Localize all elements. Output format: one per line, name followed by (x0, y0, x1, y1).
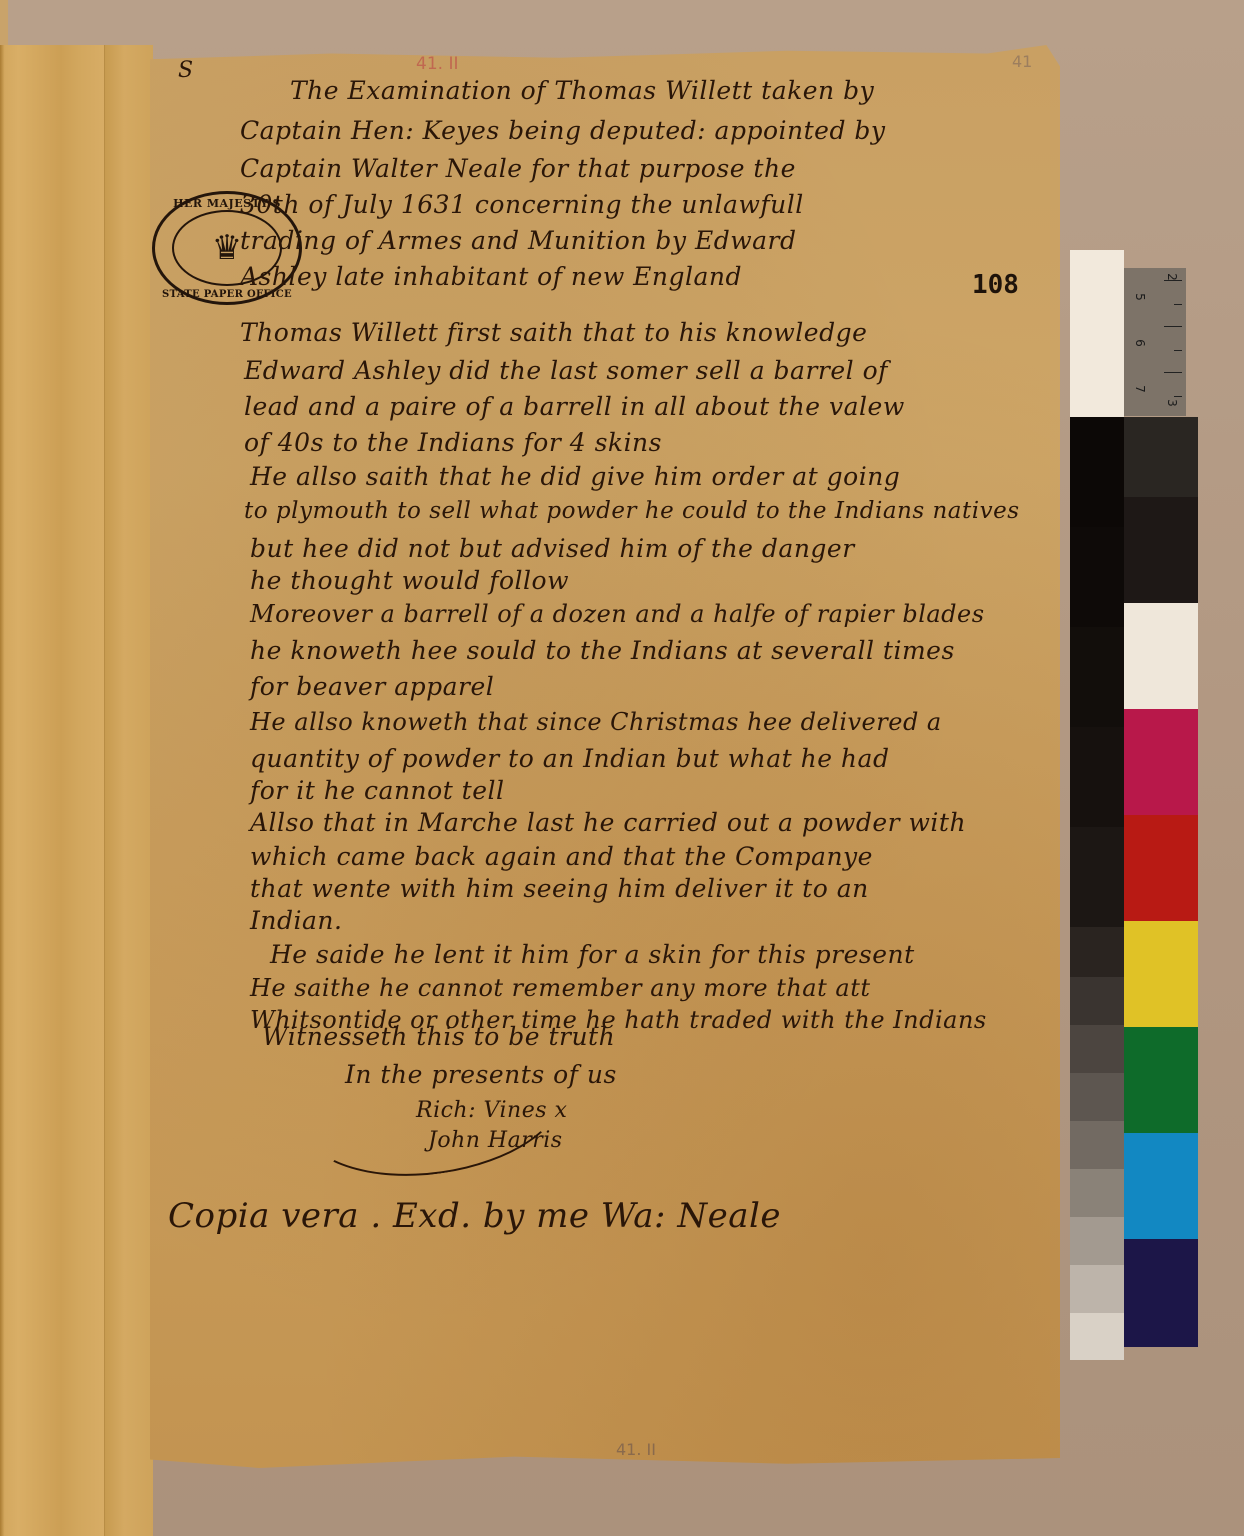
body-line: He allso knoweth that since Christmas he… (250, 708, 942, 736)
gray-step-4 (1070, 727, 1124, 827)
margin-mark: S (178, 58, 194, 83)
gray-step-12 (1070, 1217, 1124, 1265)
body-line: that wente with him seeing him deliver i… (250, 874, 869, 903)
body-line: Moreover a barrell of a dozen and a half… (250, 600, 985, 628)
heading-line: The Examination of Thomas Willett taken … (290, 76, 874, 105)
body-line: he thought would follow (250, 566, 569, 595)
heading-line: Captain Walter Neale for that purpose th… (240, 154, 796, 183)
body-line: which came back again and that the Compa… (250, 842, 873, 871)
heading-line: Captain Hen: Keyes being deputed: appoin… (240, 116, 886, 145)
ruler-label: 7 (1133, 385, 1147, 393)
patch-dark-gray (1124, 417, 1198, 497)
gray-step-10 (1070, 1121, 1124, 1169)
gray-step-11 (1070, 1169, 1124, 1217)
body-line: Thomas Willett first saith that to his k… (240, 318, 867, 347)
body-line: lead and a paire of a barrell in all abo… (244, 392, 905, 421)
patch-cyan (1124, 1133, 1198, 1239)
patch-navy (1124, 1239, 1198, 1347)
body-line: He saithe he cannot remember any more th… (250, 974, 870, 1002)
ruler-label: 6 (1133, 339, 1147, 347)
patch-black (1124, 497, 1198, 603)
gray-step-8 (1070, 1025, 1124, 1073)
gray-step-2 (1070, 527, 1124, 627)
gray-step-5 (1070, 827, 1124, 927)
corner-mark: 41 (1012, 52, 1032, 71)
target-color-column (1124, 250, 1198, 1360)
gray-step-6 (1070, 927, 1124, 977)
pencil-reference-bottom: 41. II (616, 1440, 656, 1459)
gray-step-7 (1070, 977, 1124, 1025)
gray-step-14 (1070, 1313, 1124, 1360)
certification-line: Copia vera . Exd. by me Wa: Neale (168, 1196, 781, 1236)
patch-magenta (1124, 709, 1198, 815)
gray-step-9 (1070, 1073, 1124, 1121)
body-line: quantity of powder to an Indian but what… (250, 744, 889, 773)
patch-green (1124, 1027, 1198, 1133)
pencil-reference-top: 41. II (416, 54, 458, 74)
heading-line: Ashley late inhabitant of new England (240, 262, 742, 291)
ruler-label: 3 (1165, 399, 1179, 407)
body-line: for it he cannot tell (250, 776, 505, 805)
patch-yellow (1124, 921, 1198, 1027)
gray-step-3 (1070, 627, 1124, 727)
body-line: for beaver apparel (250, 672, 494, 701)
gray-step-1 (1070, 417, 1124, 527)
body-line: to plymouth to sell what powder he could… (244, 498, 1020, 524)
crown-icon: ♛ (212, 231, 242, 265)
body-line: He saide he lent it him for a skin for t… (270, 940, 915, 969)
guard-strip-fold (104, 45, 153, 1536)
body-line: but hee did not but advised him of the d… (250, 534, 855, 563)
body-line: Allso that in Marche last he carried out… (250, 808, 966, 837)
measurement-ruler: 2 5 6 7 3 (1124, 268, 1186, 416)
body-line: Indian. (250, 906, 342, 935)
heading-line: trading of Armes and Munition by Edward (240, 226, 796, 255)
gray-step-13 (1070, 1265, 1124, 1313)
body-line: of 40s to the Indians for 4 skins (244, 428, 662, 457)
folio-number: 108 (972, 270, 1019, 300)
heading-line: 30th of July 1631 concerning the unlawfu… (240, 190, 804, 219)
ruler-label: 2 (1165, 273, 1179, 281)
color-calibration-target: 2 5 6 7 3 (1070, 250, 1198, 1360)
ruler-label: 5 (1133, 293, 1147, 301)
patch-red (1124, 815, 1198, 921)
body-line: He allso saith that he did give him orde… (250, 462, 900, 491)
body-line: Edward Ashley did the last somer sell a … (244, 356, 888, 385)
patch-white (1124, 603, 1198, 709)
body-line: he knoweth hee sould to the Indians at s… (250, 636, 955, 665)
